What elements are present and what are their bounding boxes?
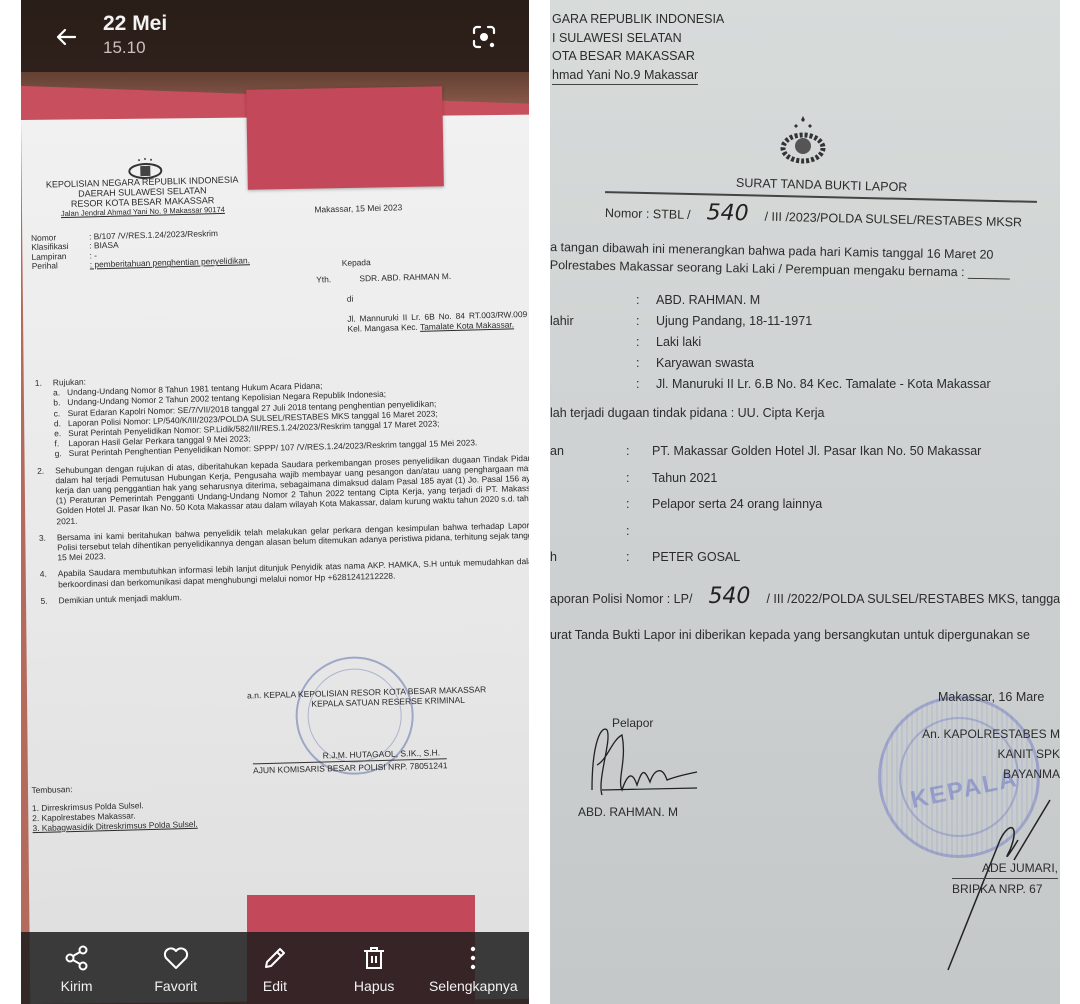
paragraph-number: 3.	[39, 532, 58, 563]
report-letterhead-line-2: I SULAWESI SELATAN	[552, 29, 724, 48]
field-value: ABD. RAHMAN. M	[656, 290, 760, 311]
reporter-signature	[582, 720, 702, 800]
police-report-number: aporan Polisi Nomor : LP/540/ III /2022/…	[550, 584, 1060, 609]
paragraph-number: 2.	[37, 465, 57, 527]
field-label	[550, 524, 626, 551]
report-letterhead-line-3: OTA BESAR MAKASSAR	[552, 47, 724, 66]
field-value: PT. Makassar Golden Hotel Jl. Pasar Ikan…	[652, 444, 981, 471]
field-value: Jl. Manuruki II Lr. 6.B No. 84 Kec. Tama…	[656, 374, 991, 395]
delete-label: Hapus	[354, 978, 394, 994]
officer-rank: BRIPKA NRP. 67	[952, 879, 1058, 899]
item-letter: c.	[54, 408, 68, 419]
meta-key: Perihal	[32, 261, 90, 272]
more-label: Selengkapnya	[429, 978, 518, 994]
edit-button[interactable]: Edit	[227, 932, 323, 1004]
google-lens-icon[interactable]	[469, 22, 499, 52]
pencil-icon	[261, 944, 289, 972]
field-value: Tahun 2021	[652, 471, 717, 498]
officer-unit-line-2: KANIT SPK	[918, 744, 1060, 764]
recipient-name: SDR. ABD. RAHMAN M.	[359, 271, 451, 283]
field-value: Laki laki	[656, 332, 701, 353]
report-place-date: Makassar, 16 Mare	[938, 690, 1044, 704]
report-purpose: urat Tanda Bukti Lapor ini diberikan kep…	[550, 628, 1030, 642]
edit-label: Edit	[263, 978, 287, 994]
favorite-button[interactable]: Favorit	[128, 932, 224, 1004]
letterhead: KEPOLISIAN NEGARA REPUBLIK INDONESIA DAE…	[30, 174, 256, 220]
field-label: lahir	[550, 311, 636, 332]
field-label	[550, 497, 626, 524]
paragraph-number: 1.	[35, 377, 55, 459]
incident-fields: an:PT. Makassar Golden Hotel Jl. Pasar I…	[550, 444, 981, 577]
paragraph-1: 1. Rujukan: a.Undang-Undang Nomor 8 Tahu…	[35, 365, 529, 460]
field-label	[550, 290, 636, 311]
carbon-copy-list: Tembusan: 1. Dirreskrimsus Polda Sulsel.…	[31, 781, 197, 833]
field-label	[550, 353, 636, 374]
share-icon	[63, 944, 91, 972]
di-label: di	[347, 289, 527, 304]
letter-body: 1. Rujukan: a.Undang-Undang Nomor 8 Tahu…	[35, 365, 529, 612]
right-margin	[1060, 0, 1080, 1004]
report-intro: a tangan dibawah ini menerangkan bahwa p…	[550, 238, 1010, 282]
report-number-prefix: Nomor : STBL /	[605, 206, 691, 222]
field-value: PETER GOSAL	[652, 550, 740, 577]
folder-tab-top	[246, 86, 444, 189]
police-emblem-icon	[778, 112, 828, 166]
field-label	[550, 374, 636, 395]
report-letterhead: GARA REPUBLIK INDONESIA I SULAWESI SELAT…	[552, 10, 724, 84]
field-label: an	[550, 444, 626, 471]
item-letter: g.	[55, 448, 69, 459]
report-document: GARA REPUBLIK INDONESIA I SULAWESI SELAT…	[550, 0, 1060, 1004]
more-button[interactable]: Selengkapnya	[425, 932, 521, 1004]
officer-unit-line-1: An. KAPOLRESTABES M	[918, 724, 1060, 744]
delete-button[interactable]: Hapus	[326, 932, 422, 1004]
photo-time: 15.10	[103, 38, 146, 58]
trash-icon	[360, 944, 388, 972]
item-letter: a.	[53, 387, 67, 398]
report-number: Nomor : STBL /540/ III /2023/POLDA SULSE…	[605, 198, 1023, 232]
reporter-fields: :ABD. RAHMAN. M lahir:Ujung Pandang, 18-…	[550, 290, 991, 395]
officer-unit: An. KAPOLRESTABES M KANIT SPK BAYANMA	[918, 724, 1060, 784]
paragraph-3: 3. Bersama ini kami beritahukan bahwa pe…	[39, 520, 529, 564]
signature-block: a.n. KEPALA KEPOLISIAN RESOR KOTA BESAR …	[247, 682, 529, 775]
field-value: Karyawan swasta	[656, 353, 754, 374]
officer-name: ADE JUMARI,	[952, 858, 1058, 879]
field-value: Ujung Pandang, 18-11-1971	[656, 311, 812, 332]
reporter-name: ABD. RAHMAN. M	[578, 805, 678, 819]
report-title: SURAT TANDA BUKTI LAPOR	[736, 176, 908, 194]
arrow-left-icon[interactable]	[51, 22, 81, 52]
lp-suffix: / III /2022/POLDA SULSEL/RESTABES MKS, t…	[766, 592, 1060, 606]
viewer-top-bar: 22 Mei 15.10	[21, 0, 529, 72]
paragraph-number: 4.	[40, 569, 59, 590]
letter-meta: Nomor: B/107 /V/RES.1.24/2023/Reskrim Kl…	[31, 228, 250, 271]
paragraph-2: 2. Sehubungan dengan rujukan di atas, di…	[37, 452, 529, 526]
paragraph-text: Bersama ini kami beritahukan bahwa penye…	[57, 520, 529, 563]
viewer-action-bar: Kirim Favorit Edit Hapus Selengkapnya	[21, 932, 529, 1004]
yth-label: Yth.	[316, 274, 331, 284]
report-number-suffix: / III /2023/POLDA SULSEL/RESTABES MKSR	[764, 210, 1022, 230]
item-letter: d.	[54, 418, 68, 429]
photo-viewer: KEPOLISIAN NEGARA REPUBLIK INDONESIA DAE…	[21, 0, 529, 1004]
report-letterhead-line-4: hmad Yani No.9 Makassar	[552, 68, 698, 85]
heart-icon	[162, 944, 190, 972]
alleged-crime: lah terjadi dugaan tindak pidana : UU. C…	[550, 406, 824, 420]
paragraph-number: 5.	[40, 595, 58, 606]
kepada-label: Kepada	[342, 257, 371, 268]
paragraph-text: Sehubungan dengan rujukan di atas, diber…	[55, 452, 529, 526]
field-label	[550, 332, 636, 353]
item-letter: e.	[54, 428, 68, 439]
field-value: Pelapor serta 24 orang lainnya	[652, 497, 822, 524]
favorite-label: Favorit	[154, 978, 197, 994]
report-number-handwritten: 540	[706, 200, 749, 226]
lp-handwritten: 540	[708, 584, 750, 609]
report-photo: GARA REPUBLIK INDONESIA I SULAWESI SELAT…	[550, 0, 1060, 1004]
more-vertical-icon	[459, 944, 487, 972]
item-letter: b.	[53, 397, 67, 408]
share-button[interactable]: Kirim	[29, 932, 125, 1004]
field-label: h	[550, 550, 626, 577]
field-label	[550, 471, 626, 498]
photo-date: 22 Mei	[103, 12, 167, 36]
share-label: Kirim	[61, 978, 93, 994]
report-letterhead-line-1: GARA REPUBLIK INDONESIA	[552, 10, 724, 29]
recipient-block: Yth. SDR. ABD. RAHMAN M. di Jl. Mannuruk…	[316, 269, 528, 335]
officer-signatory: ADE JUMARI, BRIPKA NRP. 67	[952, 858, 1058, 899]
lp-prefix: aporan Polisi Nomor : LP/	[550, 592, 692, 606]
item-letter: f.	[54, 438, 68, 449]
